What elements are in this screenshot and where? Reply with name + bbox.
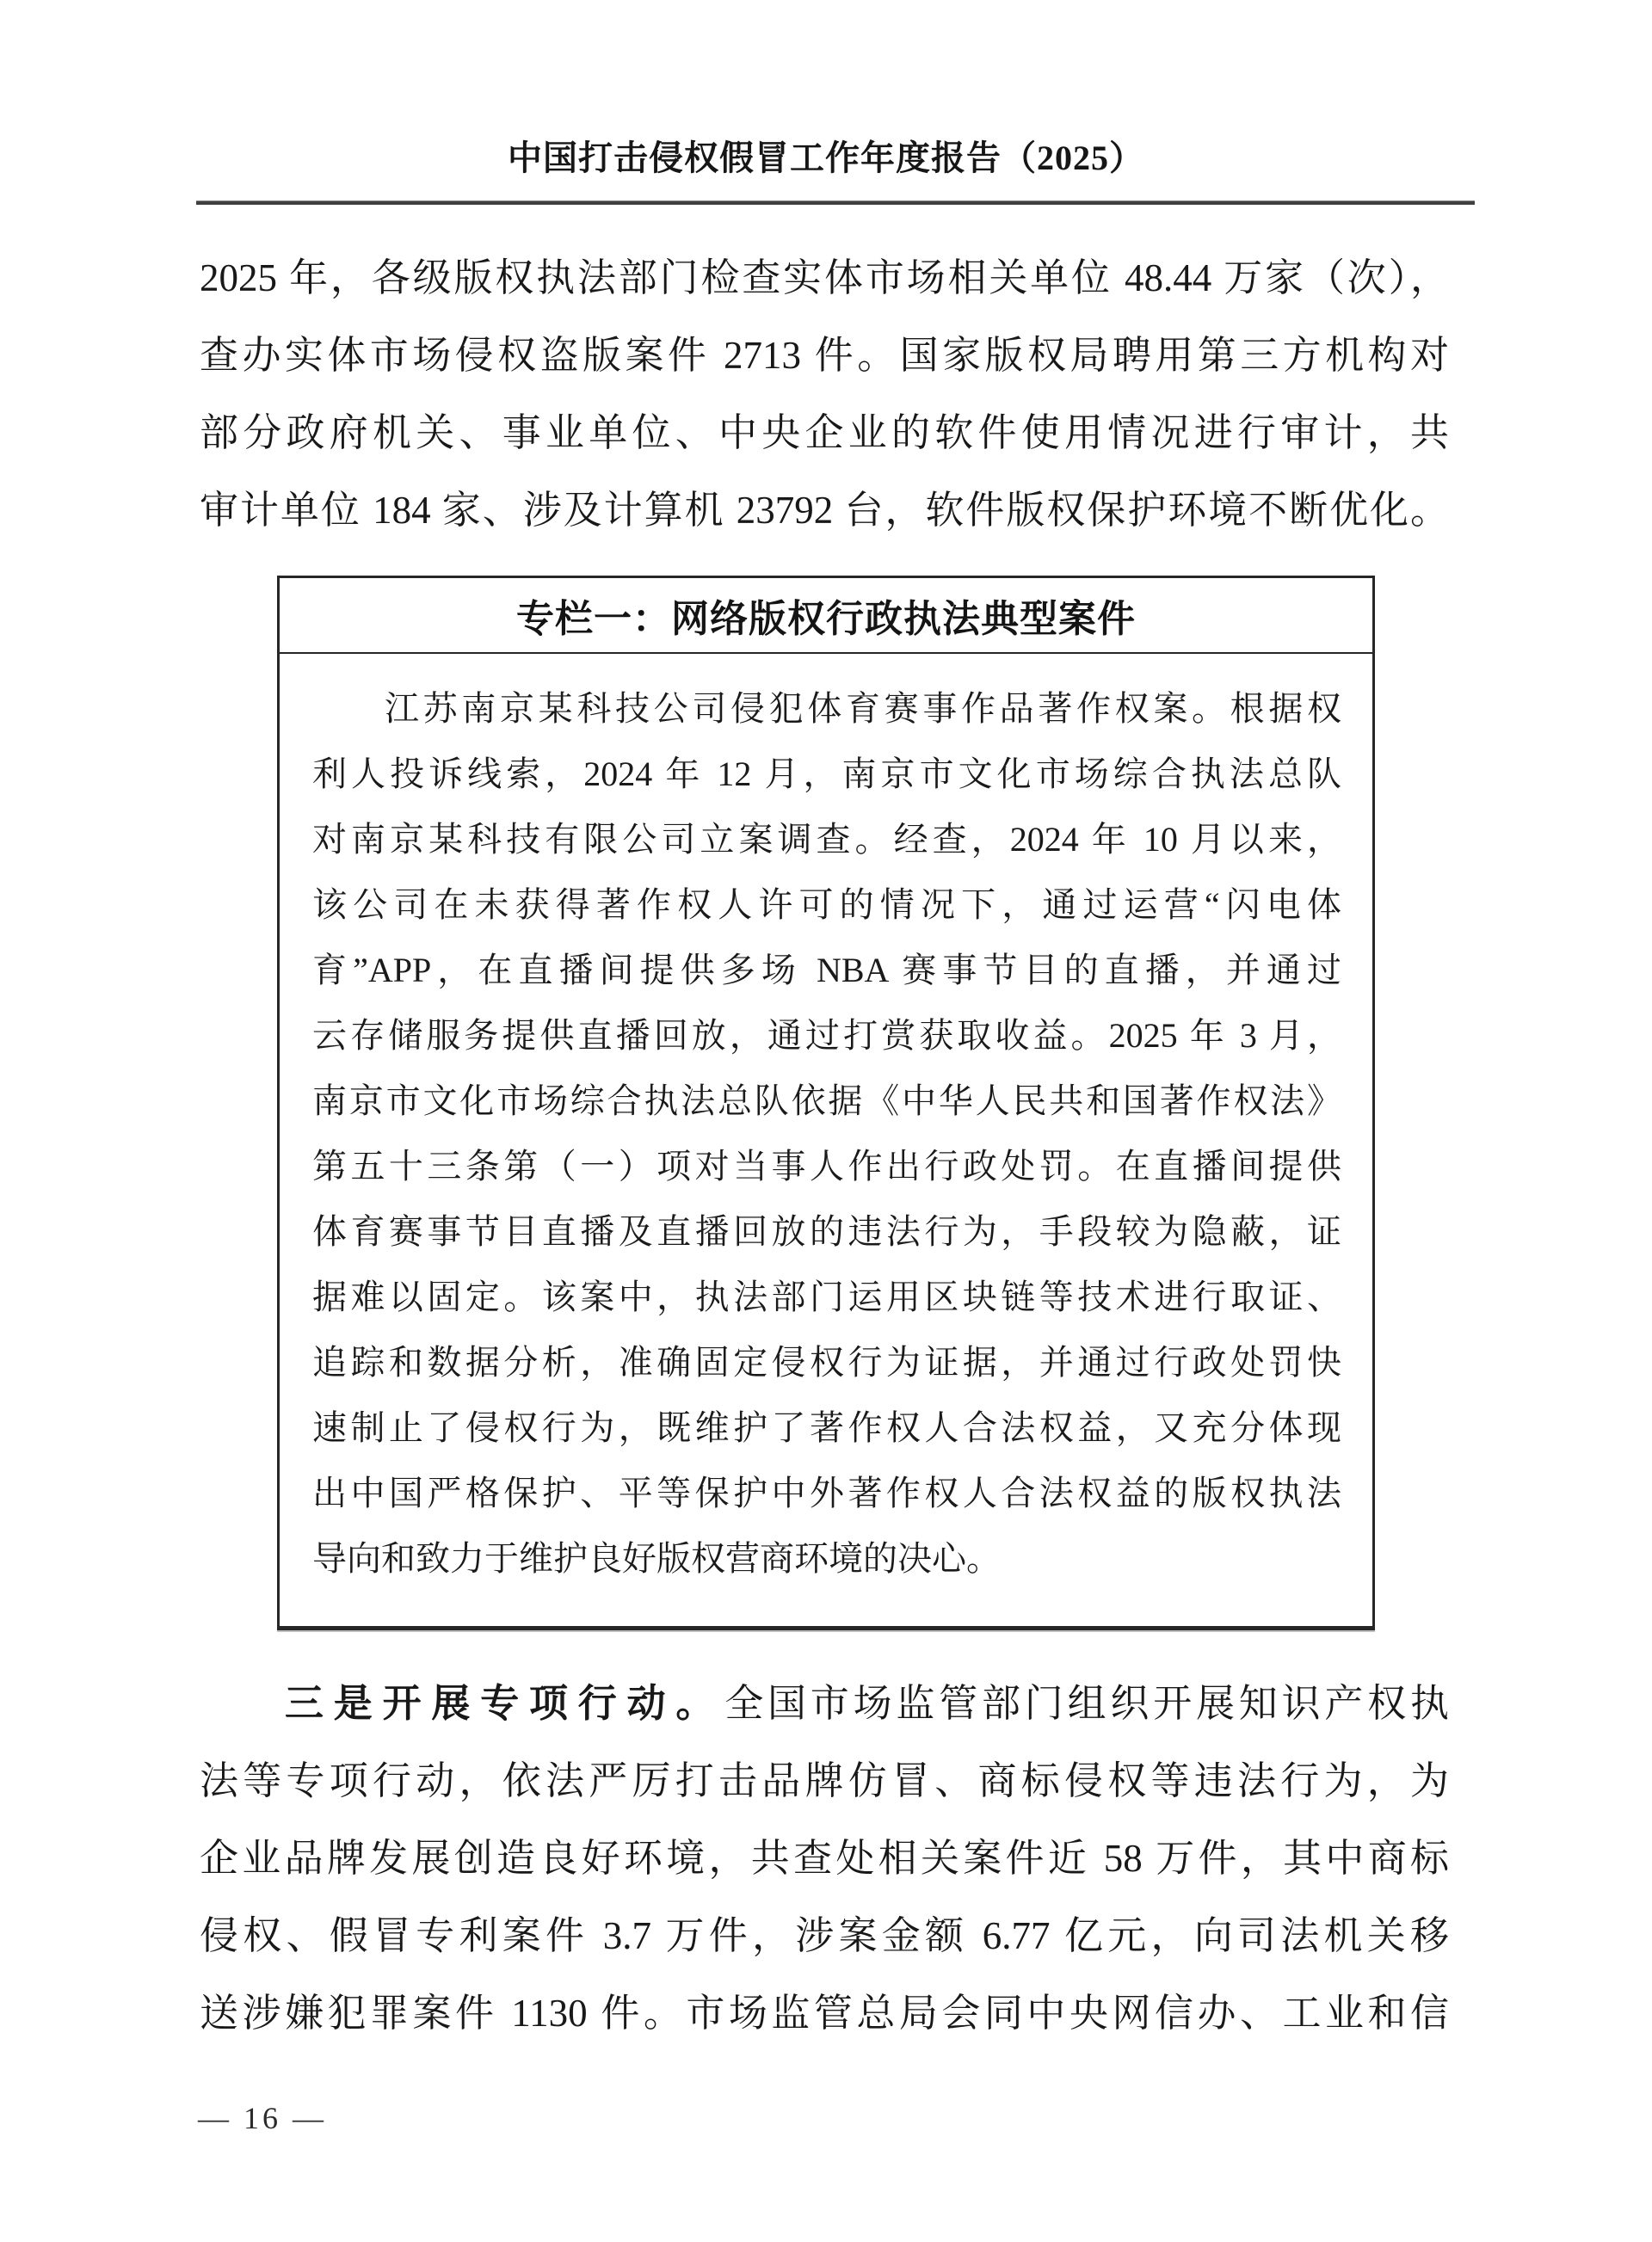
header-rule <box>196 200 1475 205</box>
text-line: 部分政府机关、事业单位、中央企业的软件使用情况进行审计，共 <box>200 394 1449 471</box>
column-box-body: 江苏南京某科技公司侵犯体育赛事作品著作权案。根据权利人投诉线索，2024 年 1… <box>280 654 1372 1626</box>
text-line: 导向和致力于维护良好版权营商环境的决心。 <box>312 1526 1341 1592</box>
text-line: 出中国严格保护、平等保护中外著作权人合法权益的版权执法 <box>312 1461 1341 1526</box>
text-line: 南京市文化市场综合执法总队依据《中华人民共和国著作权法》 <box>312 1069 1341 1134</box>
text-line: 送涉嫌犯罪案件 1130 件。市场监管总局会同中央网信办、工业和信 <box>200 1974 1449 2052</box>
text-line: 追踪和数据分析，准确固定侵权行为证据，并通过行政处罚快 <box>312 1330 1341 1395</box>
text-line: 法等专项行动，依法严厉打击品牌仿冒、商标侵权等违法行为，为 <box>200 1742 1449 1820</box>
paragraph-2-lead-bold: 三是开展专项行动。 <box>285 1682 724 1725</box>
text-line: 速制止了侵权行为，既维护了著作权人合法权益，又充分体现 <box>312 1395 1341 1461</box>
text-line: 育”APP，在直播间提供多场 NBA 赛事节目的直播，并通过 <box>312 938 1341 1003</box>
page-number: — 16 — <box>198 2099 327 2137</box>
paragraph-2: 三是开展专项行动。全国市场监管部门组织开展知识产权执 法等专项行动，依法严厉打击… <box>200 1665 1449 2052</box>
column-box-title: 专栏一：网络版权行政执法典型案件 <box>516 588 1136 643</box>
paragraph-1: 2025 年，各级版权执法部门检查实体市场相关单位 48.44 万家（次），查办… <box>200 239 1449 549</box>
page-content: 2025 年，各级版权执法部门检查实体市场相关单位 48.44 万家（次），查办… <box>200 239 1449 2052</box>
column-box-title-row: 专栏一：网络版权行政执法典型案件 <box>280 578 1372 654</box>
paragraph-2-continued: 法等专项行动，依法严厉打击品牌仿冒、商标侵权等违法行为，为企业品牌发展创造良好环… <box>200 1742 1449 2052</box>
paragraph-2-lead-line: 三是开展专项行动。全国市场监管部门组织开展知识产权执 <box>200 1665 1449 1742</box>
text-line: 审计单位 184 家、涉及计算机 23792 台，软件版权保护环境不断优化。 <box>200 471 1449 549</box>
report-header-title: 中国打击侵权假冒工作年度报告（2025） <box>0 131 1652 180</box>
text-line: 查办实体市场侵权盗版案件 2713 件。国家版权局聘用第三方机构对 <box>200 317 1449 394</box>
text-line: 据难以固定。该案中，执法部门运用区块链等技术进行取证、 <box>312 1265 1341 1330</box>
text-line: 对南京某科技有限公司立案调查。经查，2024 年 10 月以来， <box>312 807 1341 872</box>
column-box: 专栏一：网络版权行政执法典型案件 江苏南京某科技公司侵犯体育赛事作品著作权案。根… <box>277 576 1375 1630</box>
text-line: 企业品牌发展创造良好环境，共查处相关案件近 58 万件，其中商标 <box>200 1820 1449 1897</box>
text-line: 第五十三条第（一）项对当事人作出行政处罚。在直播间提供 <box>312 1134 1341 1199</box>
text-line: 2025 年，各级版权执法部门检查实体市场相关单位 48.44 万家（次）， <box>200 239 1449 317</box>
paragraph-2-lead-rest: 全国市场监管部门组织开展知识产权执 <box>724 1682 1449 1725</box>
text-line: 体育赛事节目直播及直播回放的违法行为，手段较为隐蔽，证 <box>312 1199 1341 1265</box>
text-line: 云存储服务提供直播回放，通过打赏获取收益。2025 年 3 月， <box>312 1003 1341 1069</box>
text-line: 利人投诉线索，2024 年 12 月，南京市文化市场综合执法总队 <box>312 742 1341 807</box>
text-line: 该公司在未获得著作权人许可的情况下，通过运营“闪电体 <box>312 872 1341 938</box>
text-line: 江苏南京某科技公司侵犯体育赛事作品著作权案。根据权 <box>312 676 1341 742</box>
document-page: 中国打击侵权假冒工作年度报告（2025） 2025 年，各级版权执法部门检查实体… <box>0 0 1652 2242</box>
text-line: 侵权、假冒专利案件 3.7 万件，涉案金额 6.77 亿元，向司法机关移 <box>200 1897 1449 1974</box>
